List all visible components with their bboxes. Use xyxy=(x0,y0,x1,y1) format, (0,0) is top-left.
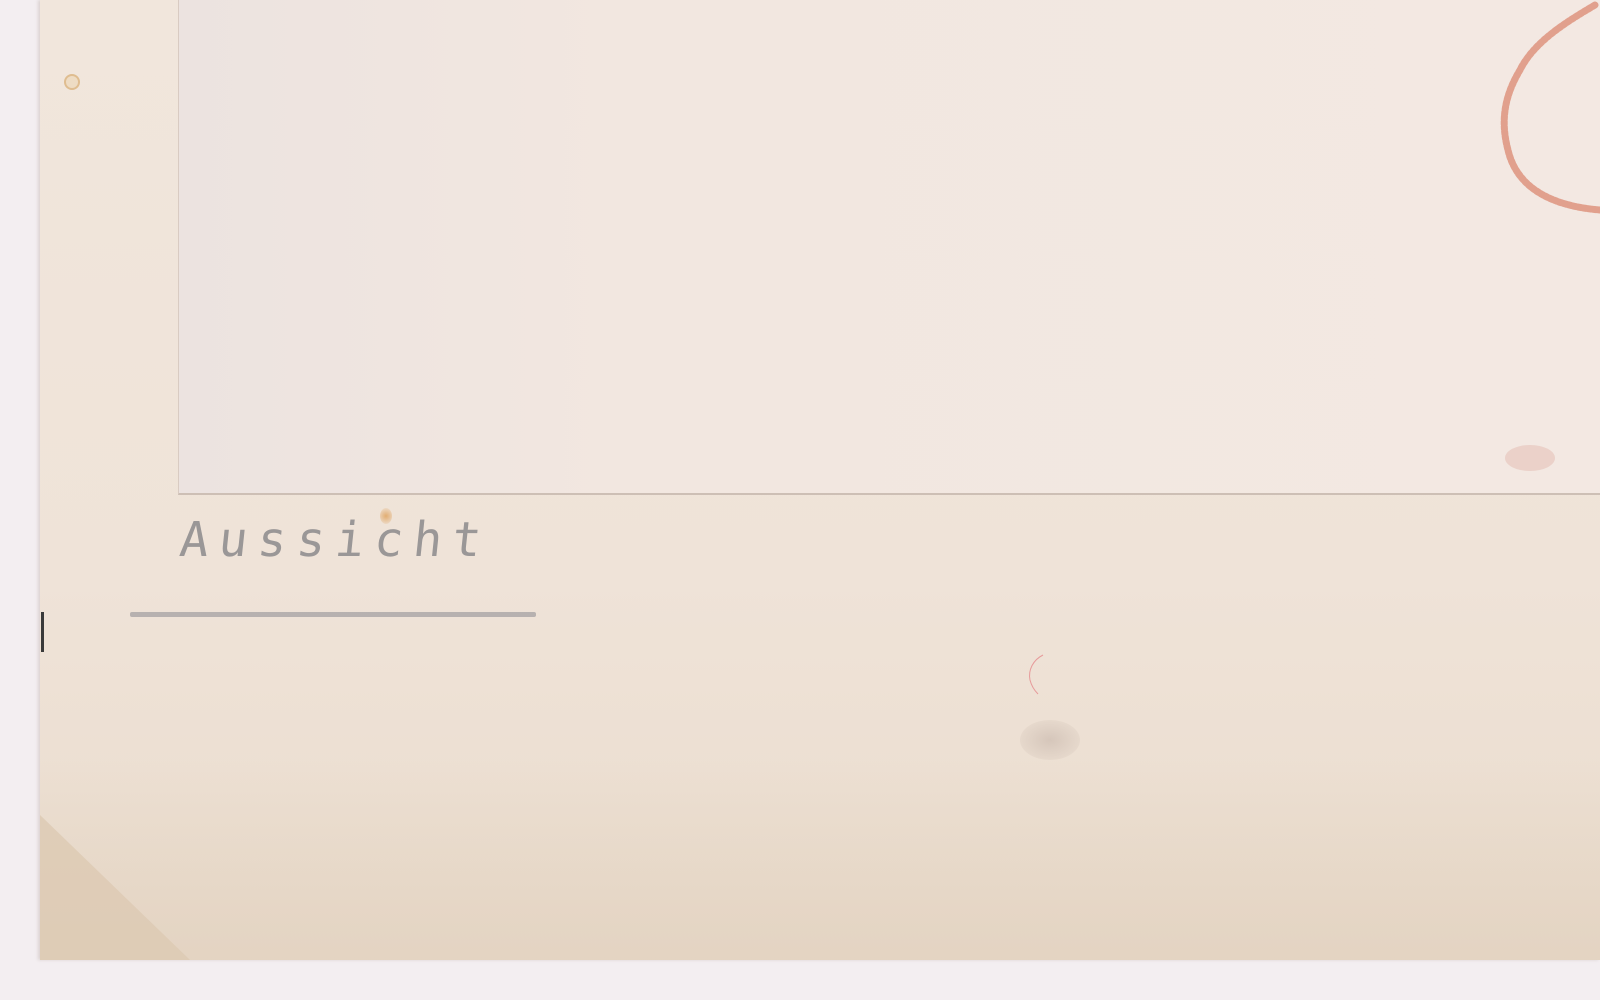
stain xyxy=(1505,445,1555,471)
edge-mark xyxy=(41,612,44,652)
paper-sheet xyxy=(40,0,1600,960)
mounted-inner-panel xyxy=(178,0,1600,495)
paper-discoloration xyxy=(40,760,1600,960)
smudge xyxy=(1020,720,1080,760)
foxing-spot xyxy=(64,74,80,90)
paper-fiber xyxy=(1018,650,1068,700)
pencil-inscription: Aussicht xyxy=(177,512,494,568)
pencil-underline xyxy=(130,612,536,617)
red-chalk-sketch xyxy=(1490,0,1600,215)
